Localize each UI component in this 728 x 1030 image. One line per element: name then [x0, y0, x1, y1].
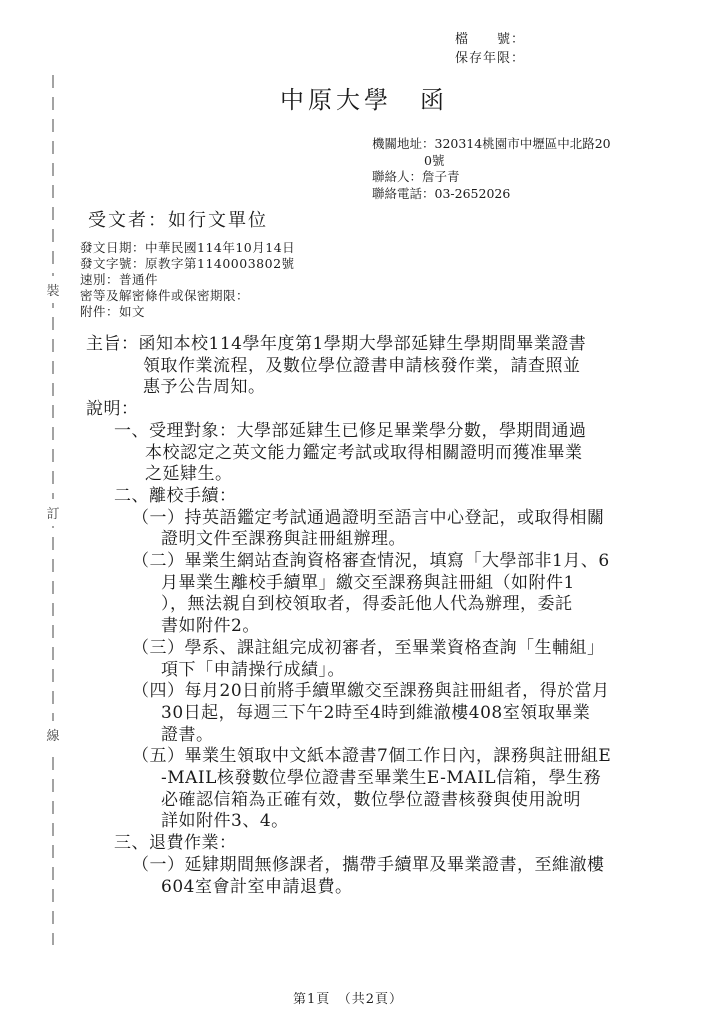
body-line: 詳如附件3、4。: [0, 811, 700, 833]
retention-period-label: 保存年限：: [455, 49, 525, 68]
binding-mark-zhuang: 裝: [46, 276, 59, 303]
subject-line: 惠予公告周知。: [0, 377, 700, 399]
security-line: 密等及解密條件或保密期限：: [80, 288, 295, 304]
body-line: 一、受理對象：大學部延肄生已修足畢業學分數，學期間通過: [0, 421, 700, 443]
body-line: 證明文件至課務與註冊組辦理。: [0, 529, 700, 551]
body-line: 之延肄生。: [0, 464, 700, 486]
file-number-label: 檔 號：: [455, 30, 525, 49]
explanation-heading: 說明：: [0, 399, 700, 421]
document-meta-block: 發文日期：中華民國114年10月14日 發文字號：原教字第1140003802號…: [80, 240, 295, 320]
binding-mark-xian: 線: [46, 721, 59, 748]
body-line: 30日起，每週三下午2時至4時到維澈樓408室領取畢業: [0, 703, 700, 725]
body-line: （三）學系、課註組完成初審者，至畢業資格查詢「生輔組」: [0, 638, 700, 660]
page-indicator: 第1頁 （共2頁）: [293, 988, 403, 1007]
body-line: （二）畢業生網站查詢資格審查情況，填寫「大學部非1月、6: [0, 551, 700, 573]
contact-phone: 聯絡電話：03-2652026: [372, 186, 611, 203]
recipient-line: 受文者：如行文單位: [88, 206, 268, 232]
body-line: 書如附件2。: [0, 616, 700, 638]
file-number-block: 檔 號： 保存年限：: [455, 30, 525, 68]
sender-info-block: 機關地址：320314桃園市中壢區中北路20 0號 聯絡人：詹子青 聯絡電話：0…: [372, 136, 611, 202]
agency-address-line1: 機關地址：320314桃園市中壢區中北路20: [372, 136, 611, 153]
body-line: -MAIL核發數位學位證書至畢業生E-MAIL信箱，學生務: [0, 768, 700, 790]
body-line: 必確認信箱為正確有效，數位學位證書核發與使用說明: [0, 790, 700, 812]
subject-line: 領取作業流程，及數位學位證書申請核發作業，請查照並: [0, 356, 700, 378]
body-line: 604室會計室申請退費。: [0, 877, 700, 899]
document-title: 中原大學 函: [0, 80, 728, 115]
body-line: 項下「申請操行成績」。: [0, 660, 700, 682]
letter-body: 主旨：函知本校114學年度第1學期大學部延肄生學期間畢業證書 領取作業流程，及數…: [0, 334, 700, 898]
body-line: ），無法親自到校領取者，得委託他人代為辦理，委託: [0, 594, 700, 616]
subject-line: 主旨：函知本校114學年度第1學期大學部延肄生學期間畢業證書: [0, 334, 700, 356]
body-line: 證書。: [0, 725, 700, 747]
doc-number-line: 發文字號：原教字第1140003802號: [80, 256, 295, 272]
agency-address-line2: 0號: [372, 153, 611, 170]
body-line: （一）延肄期間無修課者，攜帶手續單及畢業證書，至維澈樓: [0, 855, 700, 877]
speed-line: 速別：普通件: [80, 272, 295, 288]
body-line: （四）每月20日前將手續單繳交至課務與註冊組者，得於當月: [0, 681, 700, 703]
attachment-line: 附件：如文: [80, 304, 295, 320]
issue-date-line: 發文日期：中華民國114年10月14日: [80, 240, 295, 256]
body-line: 二、離校手續：: [0, 486, 700, 508]
body-line: （一）持英語鑑定考試通過證明至語言中心登記，或取得相關: [0, 508, 700, 530]
official-letter-page: 檔 號： 保存年限： 中原大學 函 機關地址：320314桃園市中壢區中北路20…: [0, 0, 728, 1030]
body-line: 三、退費作業：: [0, 833, 700, 855]
binding-mark-ding: 訂: [46, 499, 59, 526]
body-line: （五）畢業生領取中文紙本證書7個工作日內，課務與註冊組E: [0, 746, 700, 768]
body-line: 本校認定之英文能力鑑定考試或取得相關證明而獲准畢業: [0, 443, 700, 465]
body-line: 月畢業生離校手續單」繳交至課務與註冊組（如附件1: [0, 573, 700, 595]
contact-person: 聯絡人：詹子青: [372, 169, 611, 186]
